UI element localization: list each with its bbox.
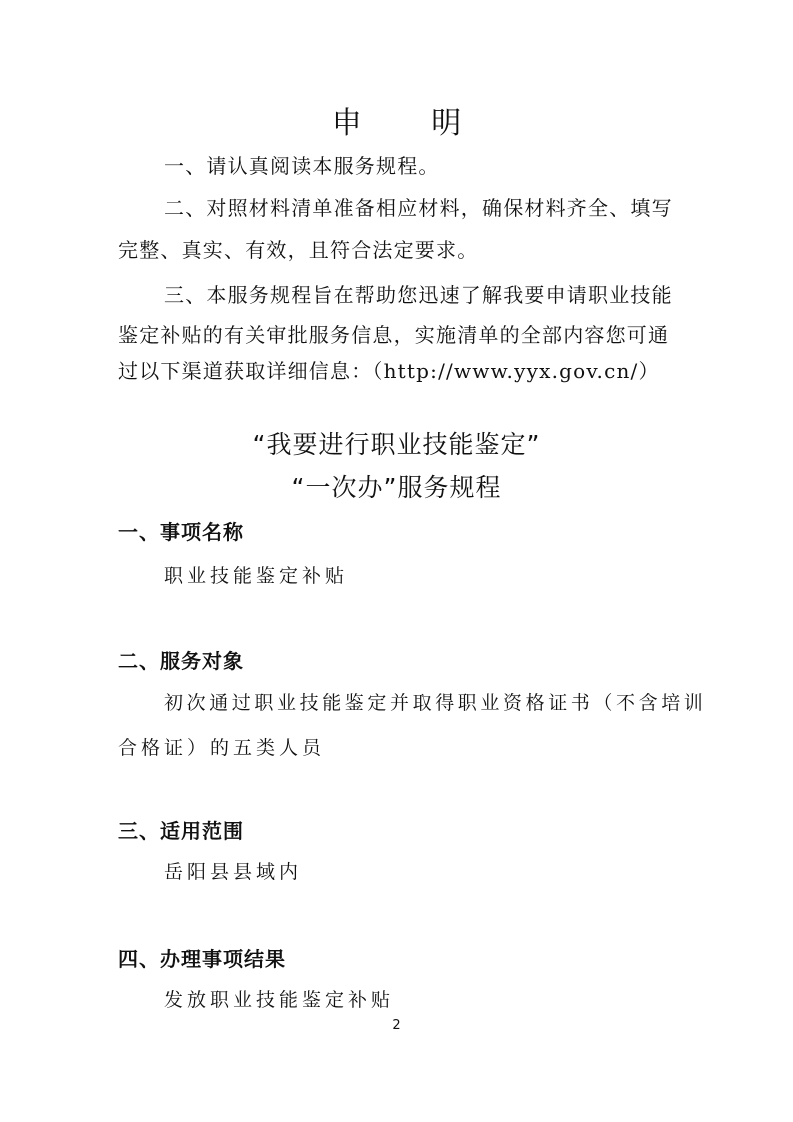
section-body-service-target-line-1: 初次通过职业技能鉴定并取得职业资格证书（不含培训 xyxy=(164,688,706,715)
document-title-line-2: “一次办”服务规程 xyxy=(0,468,793,504)
document-page: 申 明 一、请认真阅读本服务规程。 二、对照材料清单准备相应材料，确保材料齐全、… xyxy=(0,0,793,1122)
page-number: 2 xyxy=(0,1018,793,1033)
section-body-service-target-line-2: 合格证）的五类人员 xyxy=(118,733,325,760)
declaration-item-2-line-1: 二、对照材料清单准备相应材料，确保材料齐全、填写 xyxy=(164,192,673,221)
declaration-item-1: 一、请认真阅读本服务规程。 xyxy=(164,150,440,179)
declaration-item-3-line-1: 三、本服务规程旨在帮助您迅速了解我要申请职业技能 xyxy=(164,279,673,308)
section-body-scope: 岳阳县县域内 xyxy=(164,857,302,884)
section-heading-service-target: 二、服务对象 xyxy=(118,645,244,674)
section-heading-scope: 三、适用范围 xyxy=(118,815,244,844)
declaration-item-3-line-2: 鉴定补贴的有关审批服务信息，实施清单的全部内容您可通 xyxy=(118,319,669,348)
declaration-item-2-line-2: 完整、真实、有效，且符合法定要求。 xyxy=(118,234,478,263)
section-heading-item-name: 一、事项名称 xyxy=(118,516,244,545)
document-title-line-1: “我要进行职业技能鉴定” xyxy=(0,425,793,461)
declaration-title: 申 明 xyxy=(0,98,793,142)
section-body-result: 发放职业技能鉴定补贴 xyxy=(164,985,394,1012)
section-body-item-name: 职业技能鉴定补贴 xyxy=(164,561,348,588)
section-heading-result: 四、办理事项结果 xyxy=(118,943,286,972)
declaration-item-3-line-3: 过以下渠道获取详细信息：（http://www.yyx.gov.cn/） xyxy=(118,355,660,384)
